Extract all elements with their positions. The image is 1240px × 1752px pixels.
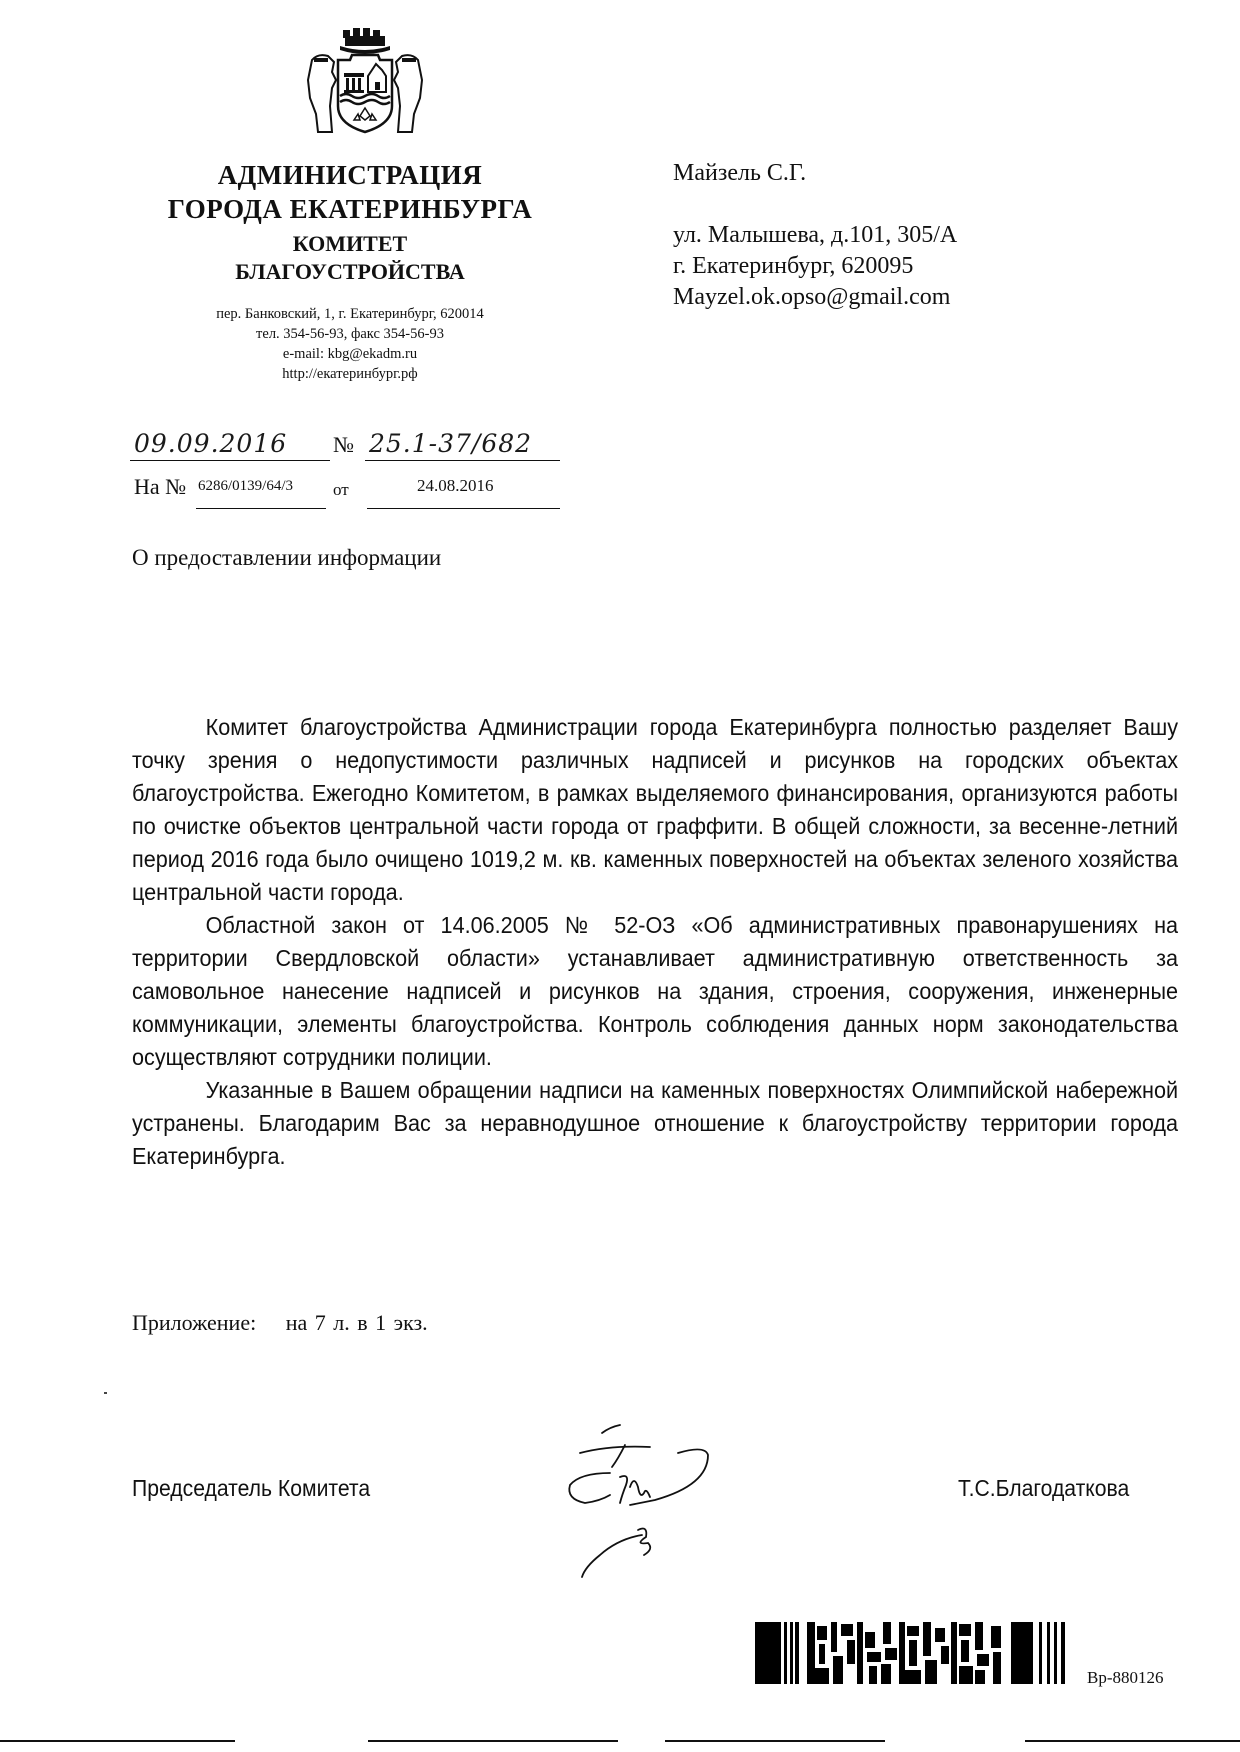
letter-subject: О предоставлении информации: [132, 545, 441, 571]
outgoing-number: 25.1-37/682: [369, 429, 532, 458]
number-label: №: [333, 432, 354, 458]
sender-phone: тел. 354-56-93, факс 354-56-93: [130, 324, 570, 344]
sender-email: e-mail: kbg@ekadm.ru: [130, 344, 570, 364]
body-paragraph: Областной закон от 14.06.2005 № 52-ОЗ «О…: [132, 909, 1178, 1074]
barcode-code: Вр-880126: [1087, 1668, 1164, 1688]
recipient-street: ул. Малышева, д.101, 305/А: [673, 220, 957, 251]
sender-contacts: пер. Банковский, 1, г. Екатеринбург, 620…: [130, 304, 570, 384]
scan-edge-line: [1025, 1740, 1240, 1742]
from-label: от: [333, 480, 349, 500]
attachment-label: Приложение:: [132, 1310, 256, 1335]
signer-name: Т.С.Благодаткова: [958, 1475, 1129, 1502]
outgoing-date-field: 09.09.2016: [130, 428, 330, 461]
scan-edge-line: [0, 1740, 235, 1742]
attachment-line: Приложение: на 7 л. в 1 экз.: [132, 1310, 428, 1336]
attachment-prefix: на 7: [286, 1310, 326, 1335]
barcode-icon: [755, 1622, 1077, 1684]
recipient-name: Майзель С.Г.: [673, 158, 957, 189]
body-paragraph: Комитет благоустройства Администрации го…: [132, 711, 1178, 909]
org-name-line2: ГОРОДА ЕКАТЕРИНБУРГА: [130, 192, 570, 226]
scan-edge-line: [665, 1740, 885, 1742]
recipient-email: Mayzel.ok.opso@gmail.com: [673, 282, 957, 313]
dept-name-line2: БЛАГОУСТРОЙСТВА: [130, 258, 570, 286]
reply-to-number: 6286/0139/64/3: [198, 478, 326, 495]
letter-body: Комитет благоустройства Администрации го…: [132, 711, 1178, 1173]
attachment-copies: экз.: [394, 1310, 428, 1335]
scan-edge-line: [368, 1740, 618, 1742]
reply-to-label: На №: [134, 474, 186, 500]
signer-title: Председатель Комитета: [132, 1475, 370, 1502]
sender-website: http://екатеринбург.рф: [130, 364, 570, 384]
attachment-sheets: л. в 1: [333, 1310, 386, 1335]
reply-to-date-field: 24.08.2016: [367, 474, 560, 509]
scan-speck: [104, 1392, 107, 1394]
recipient-block: Майзель С.Г. ул. Малышева, д.101, 305/А …: [673, 158, 957, 313]
body-paragraph: Указанные в Вашем обращении надписи на к…: [132, 1074, 1178, 1173]
reply-to-date: 24.08.2016: [417, 476, 494, 496]
coat-of-arms-icon: [290, 28, 440, 138]
sender-letterhead: АДМИНИСТРАЦИЯ ГОРОДА ЕКАТЕРИНБУРГА КОМИТ…: [130, 158, 570, 384]
dept-name-line1: КОМИТЕТ: [130, 230, 570, 258]
reply-to-number-field: 6286/0139/64/3: [196, 474, 326, 509]
outgoing-number-field: 25.1-37/682: [365, 428, 560, 461]
sender-address: пер. Банковский, 1, г. Екатеринбург, 620…: [130, 304, 570, 324]
recipient-city: г. Екатеринбург, 620095: [673, 251, 957, 282]
org-name-line1: АДМИНИСТРАЦИЯ: [130, 158, 570, 192]
handwritten-signature-icon: [530, 1415, 760, 1585]
outgoing-date: 09.09.2016: [134, 429, 287, 458]
